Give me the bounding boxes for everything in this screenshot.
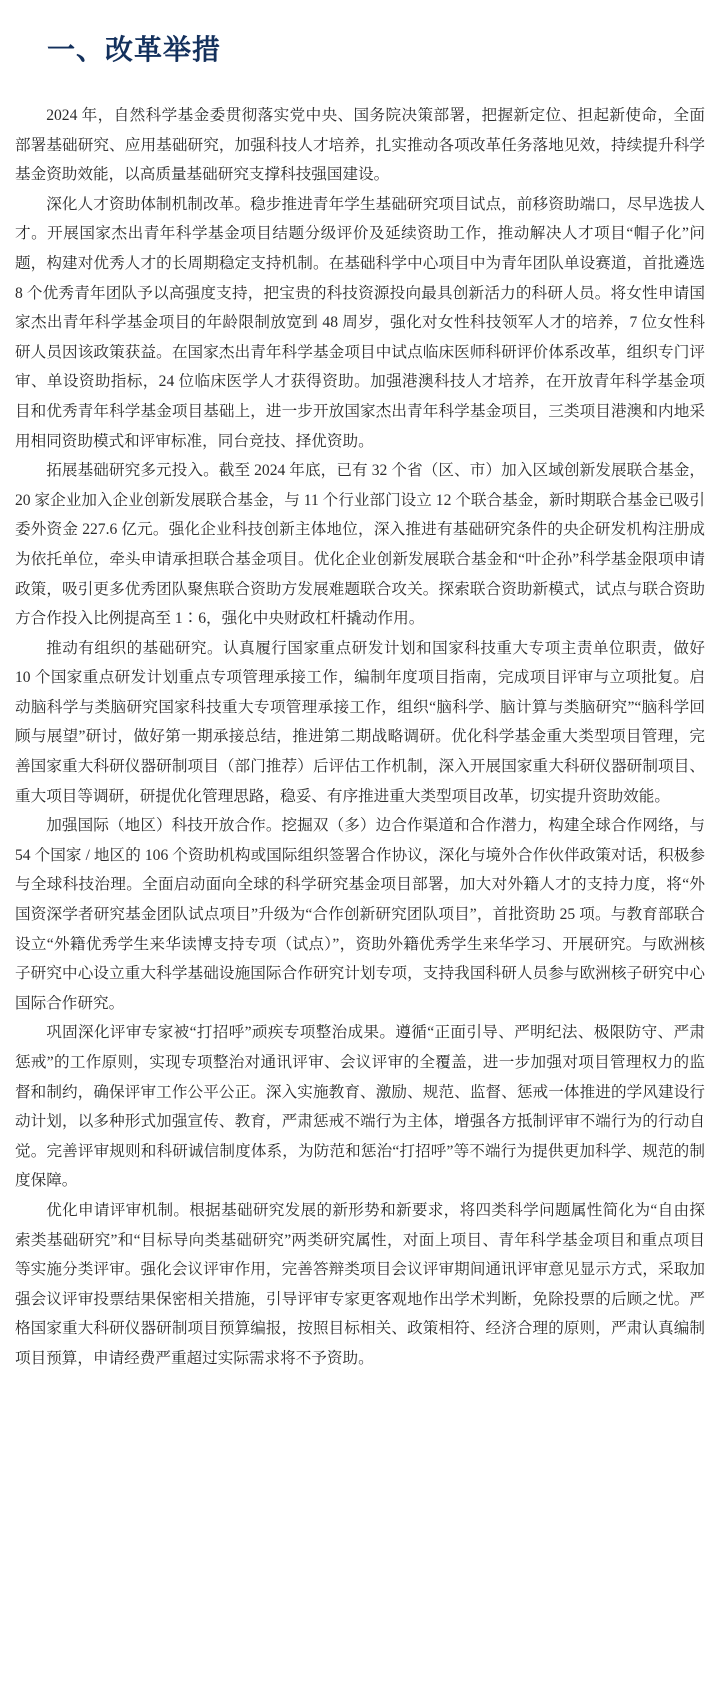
- paragraph-review-mechanism: 优化申请评审机制。根据基础研究发展的新形势和新要求，将四类科学问题属性简化为“自…: [15, 1196, 705, 1374]
- paragraph-diversified-investment: 拓展基础研究多元投入。截至 2024 年底，已有 32 个省（区、市）加入区域创…: [15, 456, 705, 634]
- paragraph-review-integrity: 巩固深化评审专家被“打招呼”顽疾专项整治成果。遵循“正面引导、严明纪法、极限防守…: [15, 1018, 705, 1196]
- paragraph-international-cooperation: 加强国际（地区）科技开放合作。挖掘双（多）边合作渠道和合作潜力，构建全球合作网络…: [15, 811, 705, 1018]
- section-title: 一、改革举措: [47, 26, 221, 74]
- document-body: 2024 年，自然科学基金委贯彻落实党中央、国务院决策部署，把握新定位、担起新使…: [15, 101, 705, 1374]
- paragraph-talent-funding-reform: 深化人才资助体制机制改革。稳步推进青年学生基础研究项目试点，前移资助端口，尽早选…: [15, 190, 705, 456]
- paragraph-organized-research: 推动有组织的基础研究。认真履行国家重点研发计划和国家科技重大专项主责单位职责，做…: [15, 634, 705, 812]
- paragraph-intro: 2024 年，自然科学基金委贯彻落实党中央、国务院决策部署，把握新定位、担起新使…: [15, 101, 705, 190]
